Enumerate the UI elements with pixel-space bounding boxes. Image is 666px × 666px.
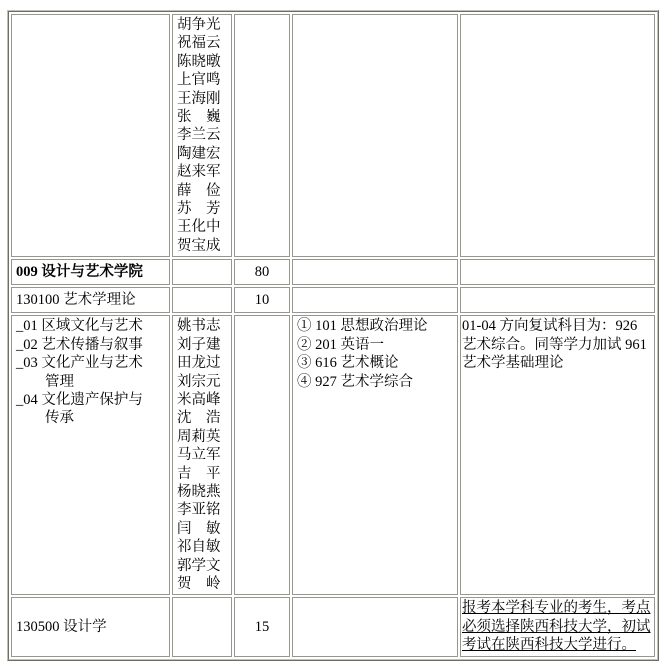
research-directions-list: _01 区域文化与艺术 _02 艺术传播与叙事 _03 文化产业与艺术 管理 _… — [11, 315, 170, 595]
page: 胡争光 祝福云 陈晓暾 上官鸣 王海刚 张 巍 李兰云 陶建宏 赵来军 薛 俭 … — [0, 0, 666, 666]
supervisors-list: 姚书志 刘子建 田龙过 刘宗元 米高峰 沈 浩 周莉英 马立军 吉 平 杨晓燕 … — [172, 315, 232, 595]
major-title: 130100 艺术学理论 — [11, 287, 170, 313]
table-row-art-theory-detail: _01 区域文化与艺术 _02 艺术传播与叙事 _03 文化产业与艺术 管理 _… — [11, 315, 655, 595]
table-row-college: 009 设计与艺术学院 80 — [11, 259, 655, 285]
empty-cell — [460, 14, 655, 257]
major-quota: 10 — [234, 287, 290, 313]
empty-cell — [172, 287, 232, 313]
empty-cell — [11, 14, 170, 257]
major-quota: 15 — [234, 597, 290, 656]
exam-subjects-list: ① 101 思想政治理论 ② 201 英语一 ③ 616 艺术概论 ④ 927 … — [292, 315, 458, 595]
college-title: 009 设计与艺术学院 — [11, 259, 170, 285]
admissions-table: 胡争光 祝福云 陈晓暾 上官鸣 王海刚 张 巍 李兰云 陶建宏 赵来军 薛 俭 … — [7, 10, 659, 661]
exam-location-remark: 报考本学科专业的考生，考点 必须选择陕西科技大学，初试 考试在陕西科技大学进行。 — [460, 597, 655, 656]
empty-cell — [292, 259, 458, 285]
major-title: 130500 设计学 — [11, 597, 170, 656]
retest-remark: 01-04 方向复试科目为：926 艺术综合。同等学力加试 961 艺术学基础理… — [460, 315, 655, 595]
table-row-supervisors-continuation: 胡争光 祝福云 陈晓暾 上官鸣 王海刚 张 巍 李兰云 陶建宏 赵来军 薛 俭 … — [11, 14, 655, 257]
empty-cell — [292, 597, 458, 656]
table-row-major-design: 130500 设计学 15 报考本学科专业的考生，考点 必须选择陕西科技大学，初… — [11, 597, 655, 656]
empty-cell — [234, 315, 290, 595]
empty-cell — [234, 14, 290, 257]
empty-cell — [172, 259, 232, 285]
empty-cell — [460, 259, 655, 285]
empty-cell — [292, 14, 458, 257]
empty-cell — [172, 597, 232, 656]
empty-cell — [460, 287, 655, 313]
table-row-major-art-theory: 130100 艺术学理论 10 — [11, 287, 655, 313]
empty-cell — [292, 287, 458, 313]
college-quota: 80 — [234, 259, 290, 285]
supervisors-list: 胡争光 祝福云 陈晓暾 上官鸣 王海刚 张 巍 李兰云 陶建宏 赵来军 薛 俭 … — [172, 14, 232, 257]
